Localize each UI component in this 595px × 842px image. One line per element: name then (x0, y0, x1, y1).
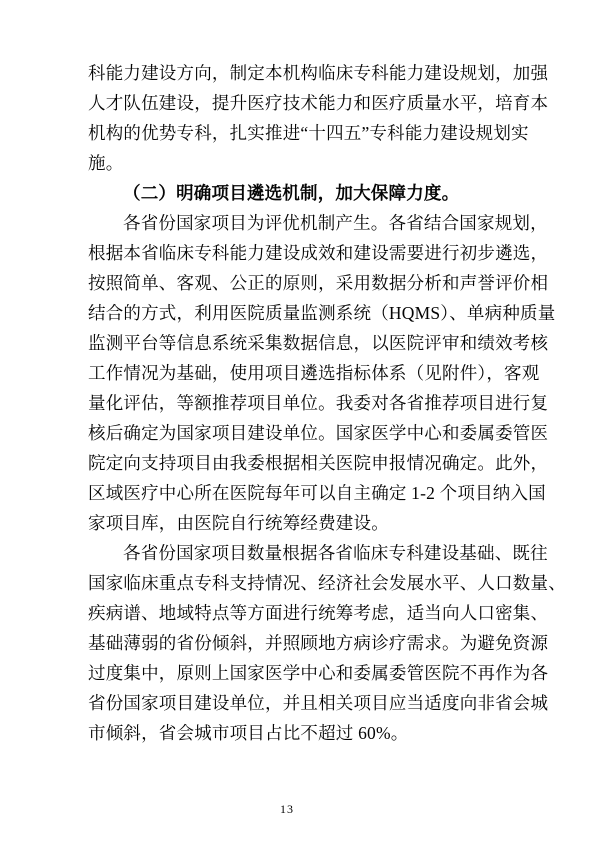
page-number: 13 (0, 802, 574, 817)
body-line: 科能力建设方向，制定本机构临床专科能力建设规划，加强 (88, 58, 560, 88)
body-line: 院定向支持项目由我委根据相关医院申报情况确定。此外， (88, 448, 560, 478)
body-line: 核后确定为国家项目建设单位。国家医学中心和委属委管医 (88, 418, 560, 448)
document-page: 科能力建设方向，制定本机构临床专科能力建设规划，加强 人才队伍建设，提升医疗技术… (0, 0, 595, 842)
section-heading: （二）明确项目遴选机制，加大保障力度。 (88, 178, 560, 208)
body-line: 国家临床重点专科支持情况、经济社会发展水平、人口数量、 (88, 568, 560, 598)
body-line: 量化评估，等额推荐项目单位。我委对各省推荐项目进行复 (88, 388, 560, 418)
body-line: 各省份国家项目数量根据各省临床专科建设基础、既往 (88, 538, 560, 568)
body-line: 基础薄弱的省份倾斜，并照顾地方病诊疗需求。为避免资源 (88, 628, 560, 658)
body-line: 监测平台等信息系统采集数据信息，以医院评审和绩效考核 (88, 328, 560, 358)
body-line: 机构的优势专科，扎实推进“十四五”专科能力建设规划实 (88, 118, 560, 148)
body-line: 疾病谱、地域特点等方面进行统筹考虑，适当向人口密集、 (88, 598, 560, 628)
body-line: 家项目库，由医院自行统筹经费建设。 (88, 508, 560, 538)
body-line: 人才队伍建设，提升医疗技术能力和医疗质量水平，培育本 (88, 88, 560, 118)
body-line: 省份国家项目建设单位，并且相关项目应当适度向非省会城 (88, 688, 560, 718)
body-line: 市倾斜，省会城市项目占比不超过 60%。 (88, 718, 560, 748)
body-line: 施。 (88, 148, 560, 178)
document-body: 科能力建设方向，制定本机构临床专科能力建设规划，加强 人才队伍建设，提升医疗技术… (88, 58, 560, 748)
body-line: 按照简单、客观、公正的原则，采用数据分析和声誉评价相 (88, 268, 560, 298)
body-line: 过度集中，原则上国家医学中心和委属委管医院不再作为各 (88, 658, 560, 688)
body-line: 各省份国家项目为评优机制产生。各省结合国家规划， (88, 208, 560, 238)
body-line: 根据本省临床专科能力建设成效和建设需要进行初步遴选， (88, 238, 560, 268)
body-line: 工作情况为基础，使用项目遴选指标体系（见附件），客观 (88, 358, 560, 388)
body-line: 结合的方式，利用医院质量监测系统（HQMS）、单病种质量 (88, 298, 560, 328)
body-line: 区域医疗中心所在医院每年可以自主确定 1-2 个项目纳入国 (88, 478, 560, 508)
